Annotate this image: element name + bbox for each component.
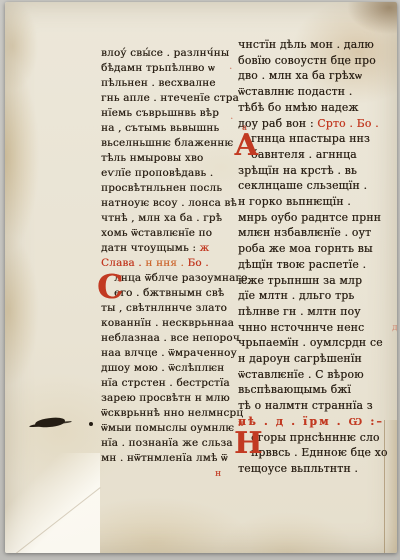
manuscript-page: влоу́ свы́се . разлнч́ныбѣдамн трьпѣлнво… bbox=[5, 2, 397, 553]
text-column-right: чнстїн дѣль мон . далюбовїю совоустн бце… bbox=[238, 37, 397, 477]
text-segment: ѥже трьпншн за млр bbox=[238, 274, 362, 287]
manuscript-line: неблазнаа . все непороч bbox=[101, 331, 241, 346]
manuscript-line: бавнтеля . агннца bbox=[238, 147, 397, 163]
manuscript-line: бовїю совоустн бце про bbox=[238, 53, 397, 69]
manuscript-line: доу раб вон : Срто . Бо . bbox=[238, 116, 397, 132]
manuscript-line: гнь апле . нтеченїе стра bbox=[101, 91, 241, 106]
manuscript-line: нїемь съврьшнвь вѣр bbox=[101, 106, 241, 121]
manuscript-line: н горко вьпнѥщїн . bbox=[238, 194, 397, 210]
text-segment: на , сътымь вьвышнь bbox=[101, 122, 219, 134]
manuscript-line: чрьпаемїн . оумлсрдн се bbox=[238, 335, 397, 351]
rubric-segment: Бо . bbox=[187, 257, 208, 269]
marginal-mark: д bbox=[392, 324, 397, 333]
manuscript-line: тещоусе вьпльтнтн . bbox=[238, 461, 397, 477]
text-segment: прввсь . Еднноѥ бце хо bbox=[251, 446, 388, 459]
manuscript-line: датн чтоущымь : ж bbox=[101, 241, 241, 256]
text-segment: ѿставлѥнїе . С вѣрою bbox=[238, 368, 364, 381]
text-segment: чнстїн дѣль мон . далю bbox=[238, 38, 374, 51]
manuscript-line: тѣбѣ бо нмѣю надеж bbox=[238, 100, 397, 116]
text-segment: гннца нпастыра ннз bbox=[251, 132, 370, 145]
text-segment: бавнтеля . агннца bbox=[251, 148, 357, 161]
text-segment: дїе млтн . дльго трь bbox=[238, 289, 354, 302]
text-segment: пѣльнен . весхвалне bbox=[101, 77, 216, 89]
manuscript-line: пѣльнен . весхвалне bbox=[101, 76, 241, 91]
manuscript-line: гннца нпастыра ннз bbox=[238, 131, 397, 147]
text-segment: вьселньшнѥ блаженнѥ bbox=[101, 137, 233, 149]
text-segment: ѿставлнѥ подастн . bbox=[238, 85, 352, 98]
manuscript-line: пѣлнве гн . млтн поу bbox=[238, 304, 397, 320]
marginal-mark: · bbox=[229, 65, 232, 75]
rubric-segment: н ння . bbox=[145, 257, 187, 269]
text-segment: тѣль нмыровы хво bbox=[101, 152, 203, 164]
ink-blot bbox=[35, 417, 66, 428]
manuscript-line: ѿставлнѥ подастн . bbox=[238, 84, 397, 100]
manuscript-line: млѥн нзбавлѥнїе . оут bbox=[238, 225, 397, 241]
manuscript-line: дво . млн ха ба грѣхѡ bbox=[238, 68, 397, 84]
manuscript-line: чнно нсточннче ненс bbox=[238, 320, 397, 336]
text-segment: секлнцаше сльзещїн . bbox=[238, 179, 367, 192]
manuscript-line: вьспѣвающымь бжї bbox=[238, 382, 397, 398]
manuscript-line: зарею просвѣтн н млю bbox=[101, 391, 241, 406]
text-segment: лнца ѿблче разоумнаго bbox=[114, 272, 247, 284]
manuscript-line: ѿмыи помыслы оумнлѥ bbox=[101, 421, 241, 436]
manuscript-line: мнрь оубо раднтсе прнн bbox=[238, 210, 397, 226]
text-segment: мн . нѿтнмленїа лмѣ ѿ bbox=[101, 452, 228, 464]
text-segment: датн чтоущымь : bbox=[101, 242, 200, 254]
text-segment: дво . млн ха ба грѣхѡ bbox=[238, 69, 362, 82]
text-segment: чрьпаемїн . оумлсрдн се bbox=[238, 336, 383, 349]
text-segment: н дароун сагрѣшенїн bbox=[238, 352, 362, 365]
fold-crease bbox=[5, 453, 100, 553]
manuscript-line: н дароун сагрѣшенїн bbox=[238, 351, 397, 367]
manuscript-line: роба же моа горнть вы bbox=[238, 241, 397, 257]
ink-dot bbox=[89, 422, 93, 426]
drop-cap: А bbox=[234, 131, 258, 161]
manuscript-line: нїа . познанїа же сльза bbox=[101, 436, 241, 451]
text-segment: зарею просвѣтн н млю bbox=[101, 392, 230, 404]
text-segment: бѣдамн трьпѣлнво ѡ bbox=[101, 62, 215, 74]
manuscript-line: вьселньшнѥ блаженнѥ bbox=[101, 136, 241, 151]
manuscript-line: наа влчце . ѿмраченноу bbox=[101, 346, 241, 361]
text-segment: гнь апле . нтеченїе стра bbox=[101, 92, 239, 104]
manuscript-line: кованнїн . нескврьннаа bbox=[101, 316, 241, 331]
text-segment: ѿмыи помыслы оумнлѥ bbox=[101, 422, 234, 434]
text-segment: его . бжтвнымн свѣ bbox=[114, 287, 224, 299]
text-segment: чтнѣ , млн ха ба . грѣ bbox=[101, 212, 222, 224]
marginal-mark: н bbox=[238, 420, 243, 428]
text-segment: просвѣтнльнен посль bbox=[101, 182, 222, 194]
manuscript-line: зрѣщїн на крстѣ . вь bbox=[238, 163, 397, 179]
rubric-segment: ж bbox=[200, 242, 210, 254]
text-segment: пѣлнве гн . млтн поу bbox=[238, 305, 361, 318]
text-segment: кованнїн . нескврьннаа bbox=[101, 317, 234, 329]
text-segment: мнрь оубо раднтсе прнн bbox=[238, 211, 381, 224]
text-segment: нїа стрстен . бестрстїа bbox=[101, 377, 230, 389]
text-segment: дѣщїн твоѥ распетїе . bbox=[238, 258, 366, 271]
manuscript-line: натноуѥ всоу . лонса вѣ bbox=[101, 196, 241, 211]
fold-crease-line bbox=[5, 487, 100, 553]
text-segment: влоу́ свы́се . разлнч́ны bbox=[101, 47, 229, 59]
text-segment: наа влчце . ѿмраченноу bbox=[101, 347, 237, 359]
text-segment: нїемь съврьшнвь вѣр bbox=[101, 107, 219, 119]
marginal-mark: н bbox=[215, 470, 221, 479]
marginal-mark: а bbox=[242, 124, 247, 132]
text-segment: натноуѥ всоу . лонса вѣ bbox=[101, 197, 237, 209]
text-segment: тѣ о налмтн страннїа з bbox=[238, 399, 373, 412]
manuscript-line: мн . нѿтнмленїа лмѣ ѿ bbox=[101, 451, 241, 466]
manuscript-line: тѣ о налмтн страннїа з bbox=[238, 398, 397, 414]
manuscript-line: нїа стрстен . бестрстїа bbox=[101, 376, 241, 391]
text-segment: егоры прнсѣнннѥ сло bbox=[251, 431, 380, 444]
manuscript-line: влоу́ свы́се . разлнч́ны bbox=[101, 46, 241, 61]
manuscript-line: еѵлїе проповѣдавь . bbox=[101, 166, 241, 181]
manuscript-line: просвѣтнльнен посль bbox=[101, 181, 241, 196]
manuscript-line: ѿставлѥнїе . С вѣрою bbox=[238, 367, 397, 383]
manuscript-line: чтнѣ , млн ха ба . грѣ bbox=[101, 211, 241, 226]
manuscript-line: тѣль нмыровы хво bbox=[101, 151, 241, 166]
text-segment: еѵлїе проповѣдавь . bbox=[101, 167, 213, 179]
text-segment: чнно нсточннче ненс bbox=[238, 321, 364, 334]
text-segment: н горко вьпнѥщїн . bbox=[238, 195, 351, 208]
marginal-mark: · bbox=[230, 115, 233, 125]
text-segment: зрѣщїн на крстѣ . вь bbox=[238, 164, 357, 177]
manuscript-line: бѣдамн трьпѣлнво ѡ bbox=[101, 61, 241, 76]
text-segment: роба же моа горнть вы bbox=[238, 242, 373, 255]
manuscript-line: дшоу мою . ѿслѣплѥн bbox=[101, 361, 241, 376]
text-column-left: влоу́ свы́се . разлнч́ныбѣдамн трьпѣлнво… bbox=[101, 46, 241, 466]
manuscript-line: хомь ѿставлѥнїе по bbox=[101, 226, 241, 241]
drop-cap: С bbox=[97, 270, 123, 303]
manuscript-line: на , сътымь вьвышнь bbox=[101, 121, 241, 136]
manuscript-line: ѥже трьпншн за млр bbox=[238, 273, 397, 289]
text-segment: дшоу мою . ѿслѣплѥн bbox=[101, 362, 224, 374]
manuscript-line: дѣщїн твоѥ распетїе . bbox=[238, 257, 397, 273]
text-segment: тещоусе вьпльтнтн . bbox=[238, 462, 358, 475]
text-segment: хомь ѿставлѥнїе по bbox=[101, 227, 212, 239]
manuscript-line: дїе млтн . дльго трь bbox=[238, 288, 397, 304]
text-segment: нїа . познанїа же сльза bbox=[101, 437, 233, 449]
text-segment: бовїю совоустн бце про bbox=[238, 54, 376, 67]
rubric-segment: Срто . Бо . bbox=[317, 117, 378, 130]
text-segment: тѣбѣ бо нмѣю надеж bbox=[238, 101, 359, 114]
text-segment: ѿскврьннѣ нно нелмнсрц bbox=[101, 407, 243, 419]
text-segment: вьспѣвающымь бжї bbox=[238, 383, 351, 396]
text-segment: неблазнаа . все непороч bbox=[101, 332, 240, 344]
drop-cap: Н bbox=[234, 429, 262, 459]
manuscript-line: ѿскврьннѣ нно нелмнсрц bbox=[101, 406, 241, 421]
manuscript-line: чнстїн дѣль мон . далю bbox=[238, 37, 397, 53]
text-segment: млѥн нзбавлѥнїе . оут bbox=[238, 226, 371, 239]
manuscript-line: секлнцаше сльзещїн . bbox=[238, 178, 397, 194]
